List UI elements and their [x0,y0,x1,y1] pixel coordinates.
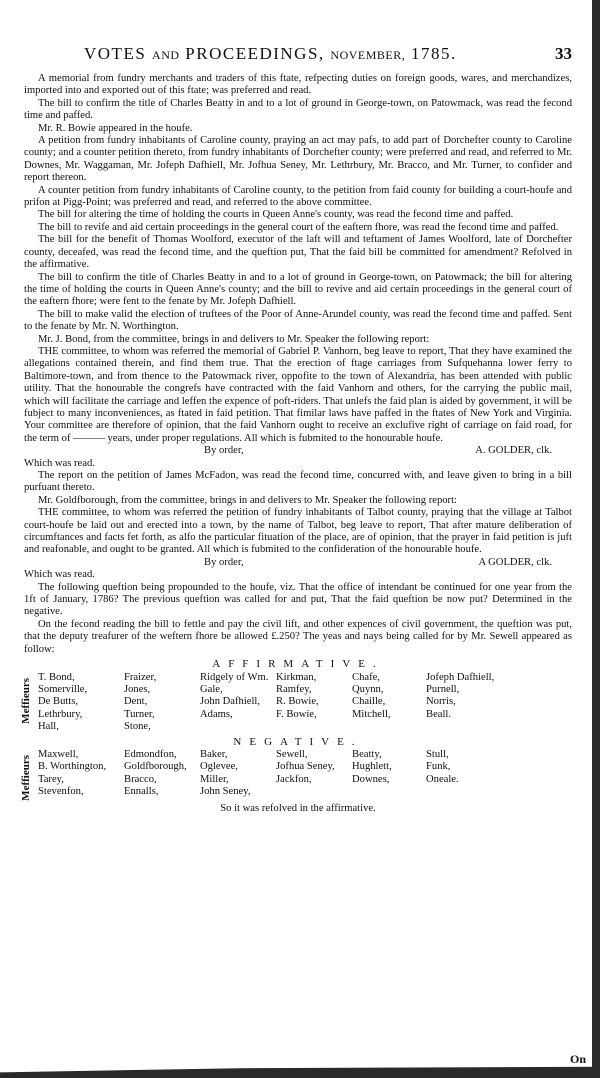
member-name: Oglevee, [200,761,276,773]
paragraph: The following queftion being propounded … [24,582,572,619]
member-name: Turner, [124,709,200,721]
paragraph: Mr. Goldfborough, from the committee, br… [24,495,572,507]
member-name: Hughlett, [352,761,426,773]
member-name: Tarey, [38,774,124,786]
affirmative-heading: AFFIRMATIVE. [24,658,572,670]
member-name: Ridgely of Wm. [200,672,276,684]
member-name: Purnell, [426,684,516,696]
member-name: T. Bond, [38,672,124,684]
member-name: Ennalls, [124,786,200,798]
vote-column: Stull, Funk, Oneale. [426,749,516,799]
vote-column: Fraizer, Jones, Dent, Turner, Stone, [124,672,200,734]
by-order: By order, [204,557,244,569]
member-name: Jackfon, [276,774,352,786]
vote-column: Maxwell, B. Worthington, Tarey, Stevenfo… [38,749,124,799]
vote-column: Beatty, Hughlett, Downes, [352,749,426,799]
member-name: Baker, [200,749,276,761]
member-name: Jones, [124,684,200,696]
scan-edge [592,0,600,1078]
vote-column: Jofeph Dafhiell, Purnell, Norris, Beall. [426,672,516,734]
member-name: Edmondfon, [124,749,200,761]
member-name: Jofhua Seney, [276,761,352,773]
affirmative-votes: Meffieurs T. Bond, Somerville, De Butts,… [24,672,572,734]
signature-block: By order, A. GOLDER, clk. [24,445,572,457]
vote-column: Sewell, Jofhua Seney, Jackfon, [276,749,352,799]
vote-column: Ridgely of Wm. Gale, John Dafhiell, Adam… [200,672,276,734]
member-name: Goldfborough, [124,761,200,773]
clerk-name: A GOLDER, clk. [478,557,552,569]
scan-bottom-edge [0,1064,600,1078]
member-name: Quynn, [352,684,426,696]
member-name: Stone, [124,721,200,733]
page-number: 33 [555,44,572,64]
header-votes: VOTES [84,44,146,63]
messieurs-label: Meffieurs [20,678,32,724]
member-name: Oneale. [426,774,516,786]
member-name: Beall. [426,709,516,721]
paragraph: The bill for the benefit of Thomas Woolf… [24,234,572,271]
committee-report: THE committee, to whom was referred the … [24,346,572,445]
paragraph: The bill for altering the time of holdin… [24,209,572,221]
negative-votes: Meffieurs Maxwell, B. Worthington, Tarey… [24,749,572,799]
member-name: Gale, [200,684,276,696]
header-month: NOVEMBER, [330,48,405,62]
paragraph: A counter petition from fundry inhabitan… [24,185,572,210]
member-name: Lethrbury, [38,709,124,721]
catchword: On [570,1052,586,1067]
member-name: Sewell, [276,749,352,761]
paragraph: The bill to confirm the title of Charles… [24,98,572,123]
member-name: B. Worthington, [38,761,124,773]
member-name: Stevenfon, [38,786,124,798]
member-name: Norris, [426,696,516,708]
paragraph: The bill to confirm the title of Charles… [24,272,572,309]
paragraph: Which was read. [24,458,572,470]
vote-column: T. Bond, Somerville, De Butts, Lethrbury… [38,672,124,734]
paragraph: The bill to revife and aid certain proce… [24,222,572,234]
paragraph: Mr. R. Bowie appeared in the houfe. [24,123,572,135]
vote-column: Baker, Oglevee, Miller, John Seney, [200,749,276,799]
member-name: Jofeph Dafhiell, [426,672,516,684]
vote-result: So it was refolved in the affirmative. [24,803,572,815]
member-name: F. Bowie, [276,709,352,721]
member-name: Maxwell, [38,749,124,761]
paragraph: Mr. J. Bond, from the committee, brings … [24,334,572,346]
member-name: Miller, [200,774,276,786]
committee-report: THE committee, to whom was referred the … [24,507,572,557]
member-name: Beatty, [352,749,426,761]
clerk-name: A. GOLDER, clk. [475,445,552,457]
negative-heading: NEGATIVE. [24,736,572,748]
by-order: By order, [204,445,244,457]
member-name: De Butts, [38,696,124,708]
running-header: VOTES AND PROCEEDINGS, NOVEMBER, 1785. [84,44,574,64]
member-name: Hall, [38,721,124,733]
member-name: Dent, [124,696,200,708]
messieurs-label: Meffieurs [20,755,32,801]
vote-column: Edmondfon, Goldfborough, Bracco, Ennalls… [124,749,200,799]
paragraph: The bill to make valid the election of t… [24,309,572,334]
member-name: Adams, [200,709,276,721]
paragraph: On the fecond reading the bill to fettle… [24,619,572,656]
paragraph: A memorial from fundry merchants and tra… [24,73,572,98]
vote-column: Chafe, Quynn, Chaille, Mitchell, [352,672,426,734]
member-name: Ramfey, [276,684,352,696]
member-name: Kirkman, [276,672,352,684]
paragraph: A petition from fundry inhabitants of Ca… [24,135,572,185]
document-body: A memorial from fundry merchants and tra… [24,73,572,815]
vote-column: Kirkman, Ramfey, R. Bowie, F. Bowie, [276,672,352,734]
member-name: John Dafhiell, [200,696,276,708]
member-name: R. Bowie, [276,696,352,708]
header-proceedings: PROCEEDINGS, [185,44,324,63]
member-name: Downes, [352,774,426,786]
member-name: Funk, [426,761,516,773]
member-name: Mitchell, [352,709,426,721]
member-name: Fraizer, [124,672,200,684]
member-name: Bracco, [124,774,200,786]
paragraph: The report on the petition of James McFa… [24,470,572,495]
signature-block: By order, A GOLDER, clk. [24,557,572,569]
member-name: Somerville, [38,684,124,696]
member-name: Chafe, [352,672,426,684]
member-name: Chaille, [352,696,426,708]
member-name: John Seney, [200,786,276,798]
member-name: Stull, [426,749,516,761]
header-and: AND [152,48,180,62]
paragraph: Which was read. [24,569,572,581]
header-year: 1785. [411,44,457,63]
